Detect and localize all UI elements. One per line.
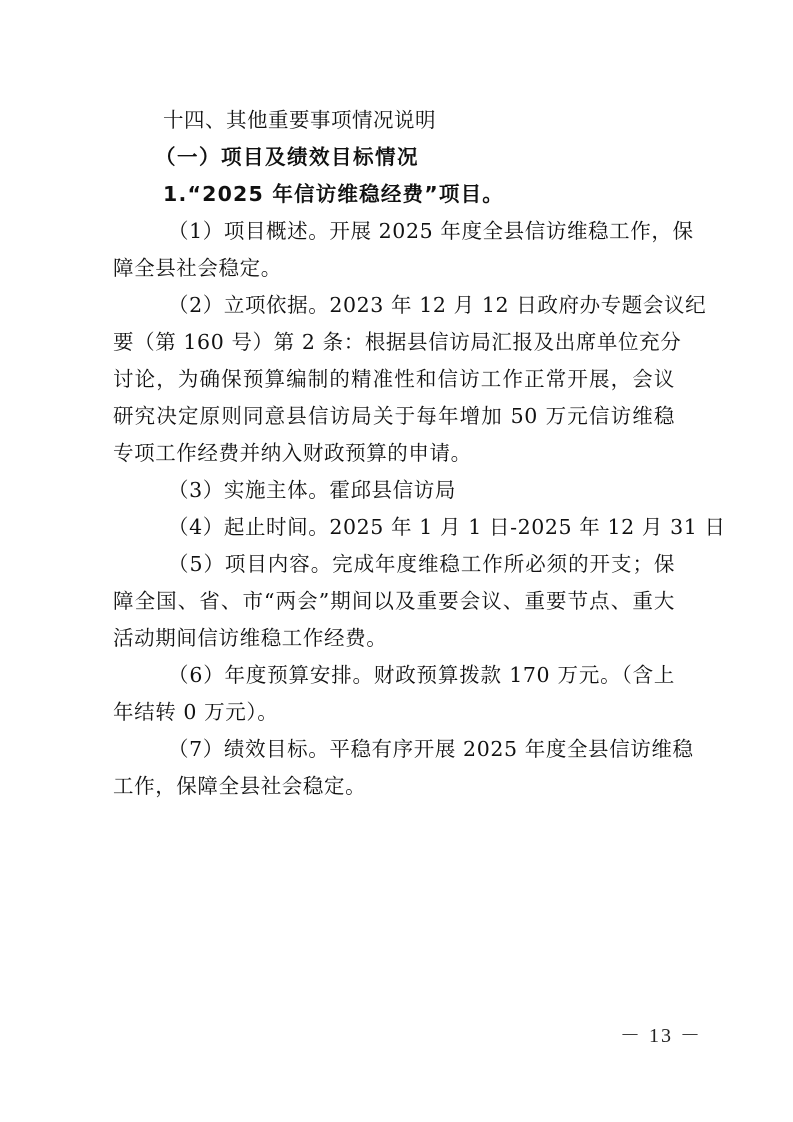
paragraph-line: 障全县社会稳定。 — [113, 250, 675, 287]
paragraph-line: （7）绩效目标。平稳有序开展 2025 年度全县信访维稳 — [113, 731, 675, 768]
item-heading: 1.“2025 年信访维稳经费”项目。 — [113, 176, 675, 213]
paragraph-content: （5）项目内容。完成年度维稳工作所必须的开支；保 障全国、省、市“两会”期间以及… — [113, 546, 675, 657]
paragraph-line: 讨论，为确保预算编制的精准性和信访工作正常开展，会议 — [113, 361, 675, 398]
paragraph-budget: （6）年度预算安排。财政预算拨款 170 万元。（含上 年结转 0 万元）。 — [113, 657, 675, 731]
paragraph-goal: （7）绩效目标。平稳有序开展 2025 年度全县信访维稳 工作，保障全县社会稳定… — [113, 731, 675, 805]
paragraph-line: （5）项目内容。完成年度维稳工作所必须的开支；保 — [113, 546, 675, 583]
paragraph-line: （3）实施主体。霍邱县信访局 — [113, 472, 675, 509]
paragraph-implementer: （3）实施主体。霍邱县信访局 — [113, 472, 675, 509]
paragraph-period: （4）起止时间。2025 年 1 月 1 日-2025 年 12 月 31 日 — [113, 509, 675, 546]
subsection-heading: （一）项目及绩效目标情况 — [113, 139, 675, 176]
paragraph-line: （1）项目概述。开展 2025 年度全县信访维稳工作，保 — [113, 213, 675, 250]
paragraph-overview: （1）项目概述。开展 2025 年度全县信访维稳工作，保 障全县社会稳定。 — [113, 213, 675, 287]
section-heading: 十四、其他重要事项情况说明 — [113, 102, 675, 139]
paragraph-line: 专项工作经费并纳入财政预算的申请。 — [113, 435, 675, 472]
paragraph-line: （2）立项依据。2023 年 12 月 12 日政府办专题会议纪 — [113, 287, 675, 324]
paragraph-line: （4）起止时间。2025 年 1 月 1 日-2025 年 12 月 31 日 — [113, 509, 675, 546]
paragraph-line: 工作，保障全县社会稳定。 — [113, 768, 675, 805]
paragraph-line: 年结转 0 万元）。 — [113, 694, 675, 731]
document-page: 十四、其他重要事项情况说明 （一）项目及绩效目标情况 1.“2025 年信访维稳… — [113, 102, 675, 805]
paragraph-line: 活动期间信访维稳工作经费。 — [113, 620, 675, 657]
paragraph-line: 研究决定原则同意县信访局关于每年增加 50 万元信访维稳 — [113, 398, 675, 435]
paragraph-line: （6）年度预算安排。财政预算拨款 170 万元。（含上 — [113, 657, 675, 694]
page-number: － 13 － — [620, 1019, 702, 1048]
paragraph-line: 要（第 160 号）第 2 条：根据县信访局汇报及出席单位充分 — [113, 324, 675, 361]
paragraph-line: 障全国、省、市“两会”期间以及重要会议、重要节点、重大 — [113, 583, 675, 620]
paragraph-basis: （2）立项依据。2023 年 12 月 12 日政府办专题会议纪 要（第 160… — [113, 287, 675, 472]
